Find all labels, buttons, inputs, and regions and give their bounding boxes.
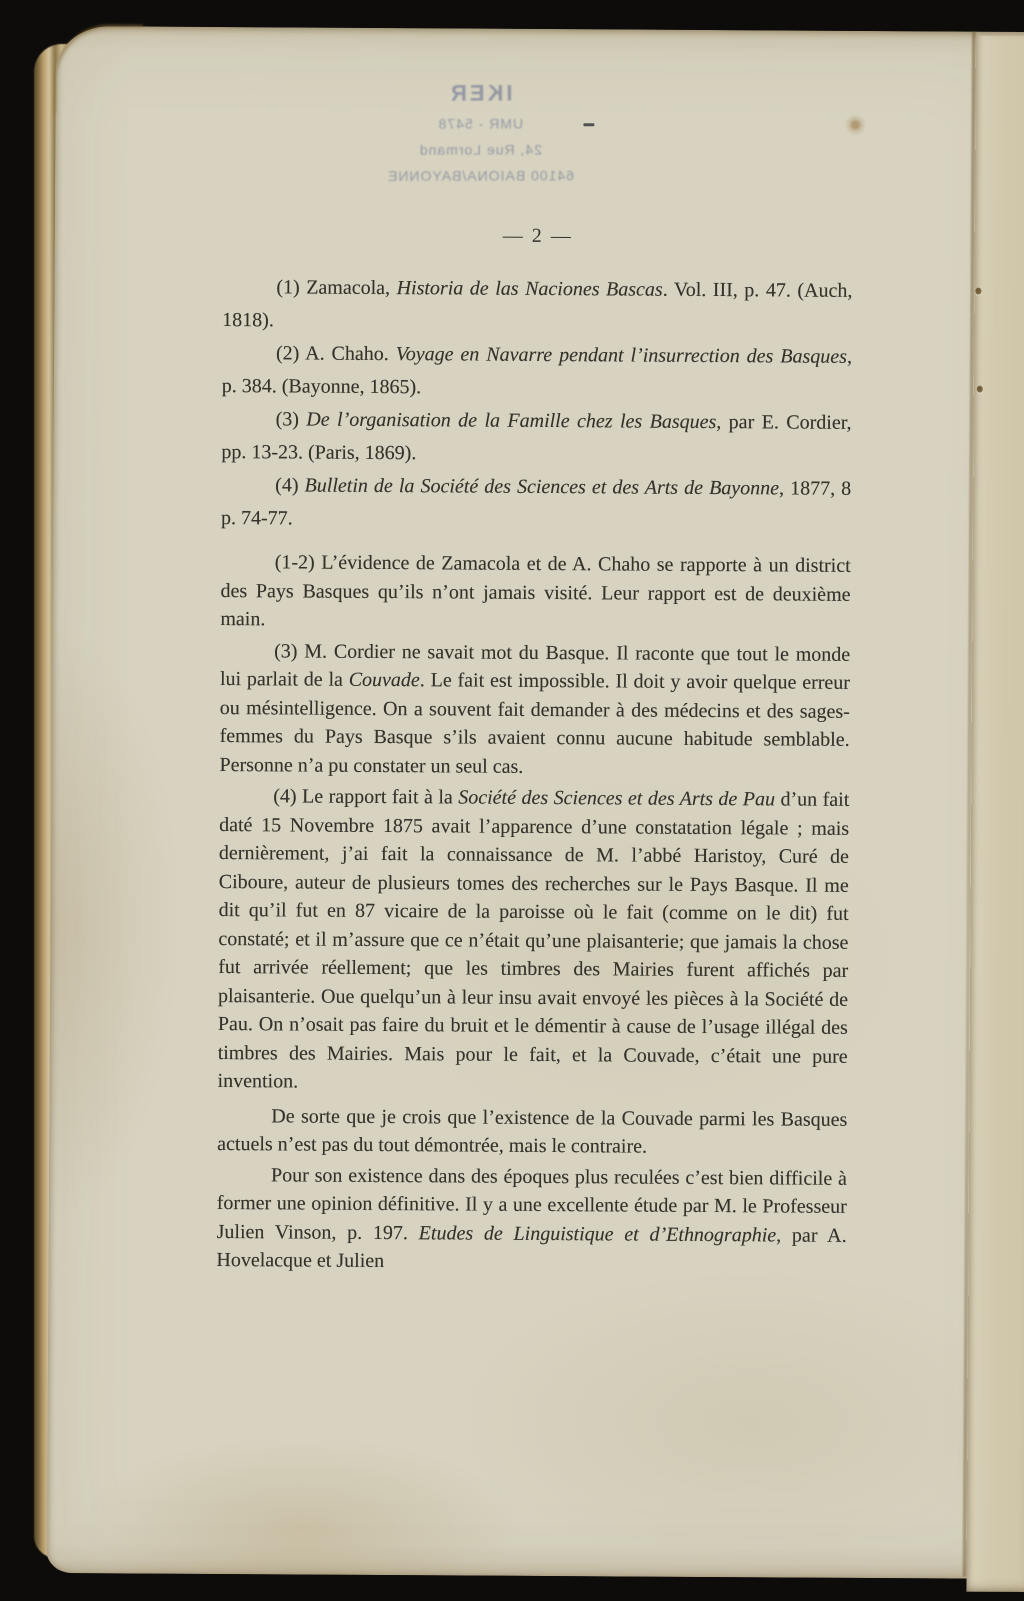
paragraph: (2) A. Chaho. Voyage en Navarre pendant … — [222, 337, 852, 407]
italic-text-run: Historia de las Naciones Bascas — [397, 277, 663, 301]
text-run: (1-2) L’évidence de Zamacola et de A. Ch… — [220, 551, 850, 630]
paragraph: Pour son existence dans des époques plus… — [216, 1161, 847, 1279]
library-stamp-showthrough: IKERUMR - 547824, Rue Lormand64100 BAION… — [385, 78, 575, 188]
paragraph: (3) M. Cordier ne savait mot du Basque. … — [219, 637, 850, 783]
text-run: (4) Le rapport fait à la — [273, 785, 458, 808]
italic-text-run: Société des Sciences et des Arts de Pau — [458, 786, 775, 810]
stamp-line: UMR - 5478 — [385, 110, 575, 136]
text-run: d’un fait daté 15 Novembre 1875 avait l’… — [217, 788, 849, 1092]
page-number: — 2 — — [223, 223, 853, 250]
worn-corner — [53, 24, 143, 114]
paragraph: (4) Bulletin de la Société des Sciences … — [221, 469, 851, 539]
italic-text-run: Couvade — [349, 669, 420, 691]
stamp-line: 64100 BAIONA/BAYONNE — [385, 162, 575, 188]
text-block: (1) Zamacola, Historia de las Naciones B… — [216, 271, 852, 1278]
ink-mark — [583, 123, 594, 126]
stitch-hole — [977, 386, 983, 393]
paragraph: (4) Le rapport fait à la Société des Sci… — [217, 782, 849, 1099]
paragraph: (1-2) L’évidence de Zamacola et de A. Ch… — [220, 548, 851, 637]
text-run: (2) A. Chaho. — [276, 342, 396, 365]
paragraph: (1) Zamacola, Historia de las Naciones B… — [222, 271, 852, 341]
stamp-line: 24, Rue Lormand — [385, 136, 575, 162]
stamp-line: IKER — [385, 78, 575, 108]
text-run: (4) — [275, 474, 305, 496]
text-run: (3) — [276, 408, 307, 430]
text-run: (1) Zamacola, — [276, 276, 396, 299]
paragraph: (3) De l’organisation de la Famille chez… — [221, 403, 851, 473]
photographed-book-scan: { "colors": { "background": "#0d0c0a", "… — [0, 0, 1024, 1601]
book-page: IKERUMR - 547824, Rue Lormand64100 BAION… — [47, 26, 1024, 1579]
italic-text-run: Voyage en Navarre pendant l’insurrection… — [396, 343, 847, 368]
stitch-hole — [975, 288, 981, 295]
paragraph: De sorte que je crois que l’existence de… — [217, 1102, 847, 1163]
text-run: De sorte que je crois que l’existence de… — [217, 1105, 847, 1158]
gutter-page-edge — [966, 36, 1024, 1592]
italic-text-run: De l’organisation de la Famille chez les… — [306, 409, 716, 434]
italic-text-run: Etudes de Linguistique et d’Ethnographie — [419, 1222, 777, 1246]
italic-text-run: Bulletin de la Société des Sciences et d… — [305, 475, 780, 500]
